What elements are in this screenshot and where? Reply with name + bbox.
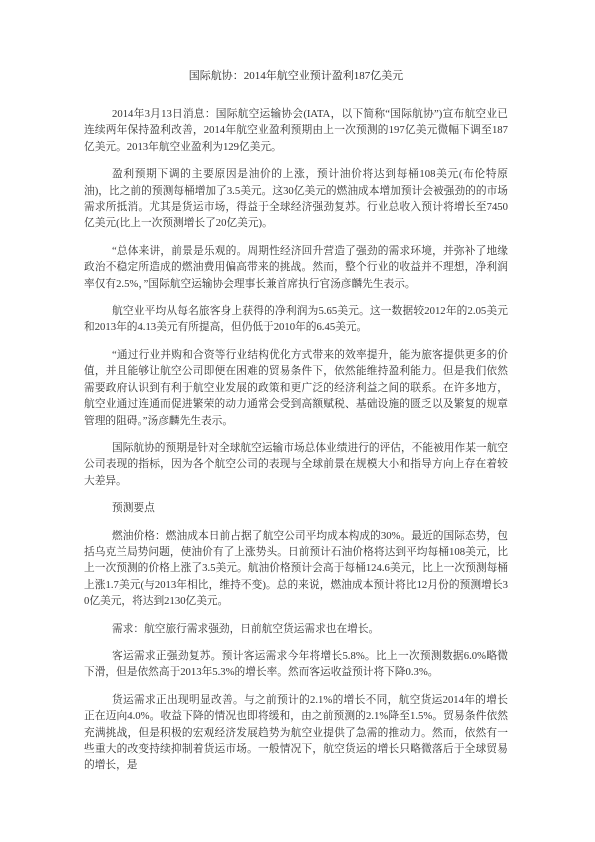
paragraph-disclaimer: 国际航协的预期是针对全球航空运输市场总体业绩进行的评估，不能被用作某一航空公司表… — [84, 440, 508, 489]
paragraph-ceo-quote-outlook: “总体来讲，前景是乐观的。周期性经济回升营造了强劲的需求环境，并弥补了地缘政治不… — [84, 243, 508, 292]
paragraph-passenger-demand: 客运需求正强劲复苏。预计客运需求今年将增长5.8%。比上一次预测数据6.0%略微… — [84, 648, 508, 681]
document-page: 国际航协：2014年航空业预计盈利187亿美元 2014年3月13日消息：国际航… — [0, 0, 595, 842]
article: 国际航协：2014年航空业预计盈利187亿美元 2014年3月13日消息：国际航… — [84, 69, 508, 785]
paragraph-cargo-demand: 货运需求正出现明显改善。与之前预计的2.1%的增长不同，航空货运2014年的增长… — [84, 692, 508, 774]
paragraph-fuel-price: 燃油价格：燃油成本日前占据了航空公司平均成本构成的30%。最近的国际态势，包括乌… — [84, 528, 508, 610]
section-heading-forecast: 预测要点 — [84, 500, 508, 516]
paragraph-oil-price-revision: 盈利预期下调的主要原因是油价的上涨，预计油价将达到每桶108美元(布伦特原油)，… — [84, 166, 508, 232]
article-title: 国际航协：2014年航空业预计盈利187亿美元 — [84, 69, 508, 83]
paragraph-intro: 2014年3月13日消息：国际航空运输协会(IATA，以下简称“国际航协”)宣布… — [84, 106, 508, 155]
paragraph-demand: 需求：航空旅行需求强劲，日前航空货运需求也在增长。 — [84, 621, 508, 637]
paragraph-ceo-quote-efficiency: “通过行业并购和合资等行业结构优化方式带来的效率提升，能为旅客提供更多的价值，并… — [84, 347, 508, 429]
paragraph-profit-per-passenger: 航空业平均从每名旅客身上获得的净利润为5.65美元。这一数据较2012年的2.0… — [84, 303, 508, 336]
